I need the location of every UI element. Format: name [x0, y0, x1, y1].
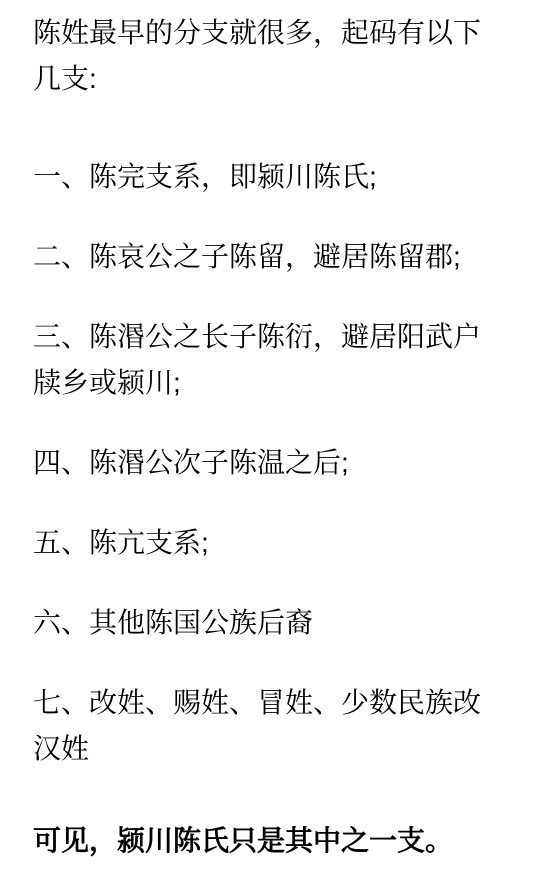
list-item-5: 五、陈亢支系; [33, 520, 504, 566]
intro-paragraph: 陈姓最早的分支就很多，起码有以下几支: [33, 10, 504, 102]
list-item-6: 六、其他陈国公族后裔 [33, 600, 504, 646]
list-item-4: 四、陈湣公次子陈温之后; [33, 440, 504, 486]
list-item-2: 二、陈哀公之子陈留，避居陈留郡; [33, 234, 504, 280]
article-body: 陈姓最早的分支就很多，起码有以下几支: 一、陈完支系，即颍川陈氏; 二、陈哀公之… [0, 0, 540, 876]
list-item-7: 七、改姓、赐姓、冒姓、少数民族改汉姓 [33, 680, 504, 772]
list-item-3: 三、陈湣公之长子陈衍，避居阳武户牍乡或颍川; [33, 314, 504, 406]
list-item-1: 一、陈完支系，即颍川陈氏; [33, 154, 504, 200]
conclusion-text: 可见，颍川陈氏只是其中之一支。 [33, 818, 504, 864]
